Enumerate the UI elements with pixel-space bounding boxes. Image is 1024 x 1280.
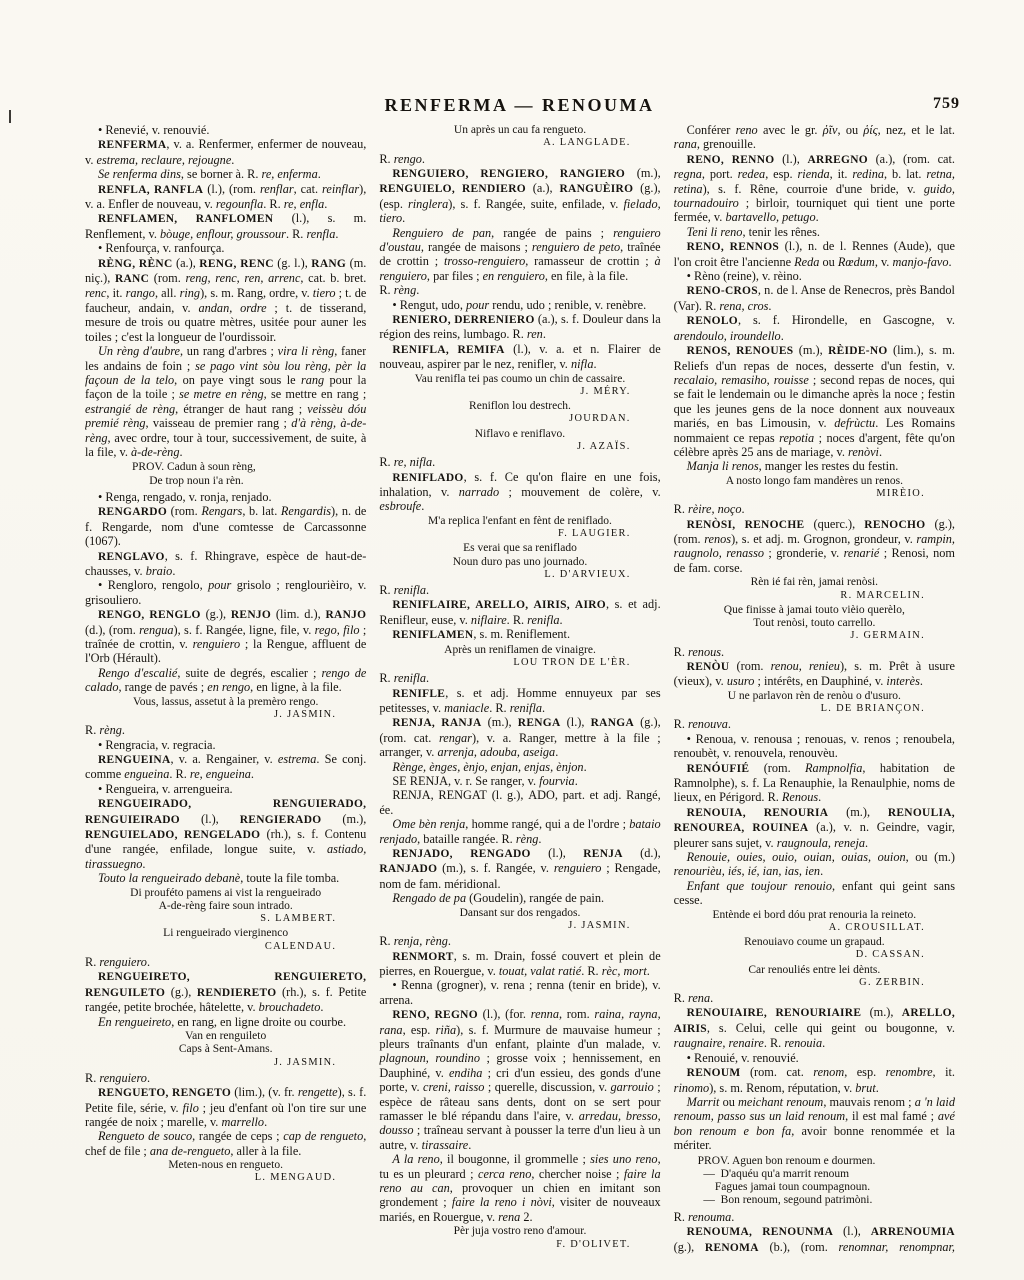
verse-paragraph: Renouiavo coume un grapaud. xyxy=(674,936,955,949)
noind-paragraph: R. rena. xyxy=(674,991,955,1005)
noind-paragraph: R. rèire, noço. xyxy=(674,502,955,516)
body-paragraph: Marrit ou meichant renoum, mauvais renom… xyxy=(674,1095,955,1153)
xref-paragraph: • Renga, rengado, v. ronja, renjado. xyxy=(85,490,366,504)
verse-paragraph: Vau renifla tei pas coumo un chin de cas… xyxy=(379,373,660,386)
noind-paragraph: R. renguiero. xyxy=(85,1071,366,1085)
cite-paragraph: S. LAMBERT. xyxy=(85,913,366,925)
cite-paragraph: L. DE BRIANÇON. xyxy=(674,703,955,715)
entry-paragraph: RENÒU (rom. renou, renieu), s. m. Prêt à… xyxy=(674,659,955,689)
entry-paragraph: RENOUIAIRE, RENOURIAIRE (m.), ARELLO, AI… xyxy=(674,1005,955,1050)
noind-paragraph: R. renifla. xyxy=(379,583,660,597)
entry-paragraph: RENJA, RANJA (m.), RENGA (l.), RANGA (g.… xyxy=(379,715,660,759)
entry-paragraph: RENO, RENNO (l.), ARREGNO (a.), (rom. ca… xyxy=(674,152,955,225)
entry-paragraph: RENGLAVO, s. f. Rhingrave, espèce de hau… xyxy=(85,549,366,579)
entry-paragraph: RENO-CROS, n. de l. Anse de Renecros, pr… xyxy=(674,283,955,313)
verse-paragraph: Après un reniflamen de vinaigre. xyxy=(379,644,660,657)
entry-paragraph: RÈNG, RÈNC (a.), RENG, RENC (g. l.), RAN… xyxy=(85,256,366,344)
cite-paragraph: LOU TRON DE L'ÈR. xyxy=(379,657,660,669)
entry-paragraph: RENOS, RENOUES (m.), RÈIDE-NO (lim.), s.… xyxy=(674,343,955,459)
body-paragraph: Un rèng d'aubre, un rang d'arbres ; vira… xyxy=(85,344,366,459)
entry-paragraph: RENOLO, s. f. Hirondelle, en Gascogne, v… xyxy=(674,313,955,343)
verse-paragraph: Entènde ei bord dóu prat renouria la rei… xyxy=(674,909,955,922)
entry-paragraph: RENOUMA, RENOUNMA (l.), ARRENOUMIA (g.),… xyxy=(674,1224,955,1254)
entry-paragraph: RENIFLAIRE, ARELLO, AIRIS, AIRO, s. et a… xyxy=(379,597,660,627)
verse-paragraph: Li rengueirado vierginenco xyxy=(85,927,366,940)
columns: • Renevié, v. renouvié.RENFERMA, v. a. R… xyxy=(85,123,955,1254)
prov-paragraph: PROV. Aguen bon renoum e dourmen. — D'aq… xyxy=(698,1155,955,1208)
entry-paragraph: RENGO, RENGLO (g.), RENJO (lim. d.), RAN… xyxy=(85,607,366,666)
entry-paragraph: RENO, RENNOS (l.), n. de l. Rennes (Aude… xyxy=(674,239,955,269)
xref-paragraph: • Rengloro, rengolo, pour grisolo ; reng… xyxy=(85,578,366,607)
entry-paragraph: RENÓUFIÉ (rom. Rampnolfia, habitation de… xyxy=(674,761,955,805)
entry-paragraph: RENFERMA, v. a. Renfermer, enfermer de n… xyxy=(85,137,366,167)
cite-paragraph: F. LAUGIER. xyxy=(379,528,660,540)
noind-paragraph: R. renguiero. xyxy=(85,955,366,969)
entry-paragraph: RENFLA, RANFLA (l.), (rom. renflar, cat.… xyxy=(85,182,366,212)
entry-paragraph: RENÒSI, RENOCHE (querc.), RENOCHO (g.), … xyxy=(674,517,955,576)
body-paragraph: Manja li renos, manger les restes du fes… xyxy=(674,459,955,473)
body-paragraph: Teni li reno, tenir les rênes. xyxy=(674,225,955,239)
xref-paragraph: • Renevié, v. renouvié. xyxy=(85,123,366,137)
entry-paragraph: RENIFLADO, s. f. Ce qu'on flaire en une … xyxy=(379,470,660,514)
body-paragraph: Rengado de pa (Goudelin), rangée de pain… xyxy=(379,891,660,905)
scan-margin-mark xyxy=(9,110,11,123)
text-column: Un après un cau fa rengueto.A. LANGLADE.… xyxy=(379,123,660,1254)
cite-paragraph: A. CROUSILLAT. xyxy=(674,922,955,934)
verse-paragraph: Un après un cau fa rengueto. xyxy=(379,124,660,137)
entry-paragraph: RENO, REGNO (l.), (for. renna, rom. rain… xyxy=(379,1007,660,1152)
cite-paragraph: J. JASMIN. xyxy=(85,709,366,721)
body-paragraph: En rengueireto, en rang, en ligne droite… xyxy=(85,1015,366,1029)
cite-paragraph: D. CASSAN. xyxy=(674,949,955,961)
page-number: 759 xyxy=(933,95,960,113)
body-paragraph: SE RENJA, v. r. Se ranger, v. fourvia. xyxy=(379,774,660,788)
cite-paragraph: MIRÈIO. xyxy=(674,488,955,500)
noind-paragraph: R. re, nifla. xyxy=(379,455,660,469)
xref-paragraph: • Rengracia, v. regracia. xyxy=(85,738,366,752)
noind-paragraph: R. rèng. xyxy=(379,283,660,297)
entry-paragraph: RENOUM (rom. cat. renom, esp. renombre, … xyxy=(674,1065,955,1095)
cite-paragraph: CALENDAU. xyxy=(85,941,366,953)
cite-paragraph: J. AZAÏS. xyxy=(379,441,660,453)
noind-paragraph: R. renouma. xyxy=(674,1210,955,1224)
noind-paragraph: R. rengo. xyxy=(379,152,660,166)
body-paragraph: Rengo d'escalié, suite de degrés, escali… xyxy=(85,666,366,695)
entry-paragraph: RENGUEIRETO, RENGUIERETO, RENGUILETO (g.… xyxy=(85,969,366,1014)
noind-paragraph: R. renous. xyxy=(674,645,955,659)
verse-paragraph: Car renouliés entre lei dènts. xyxy=(674,964,955,977)
verse-paragraph: Niflavo e reniflavo. xyxy=(379,428,660,441)
verse-paragraph: A nosto longo fam mandères un renos. xyxy=(674,475,955,488)
entry-paragraph: RENIERO, DERRENIERO (a.), s. f. Douleur … xyxy=(379,312,660,342)
body-paragraph: Rènge, ènges, ènjo, enjan, enjas, ènjon. xyxy=(379,760,660,774)
body-paragraph: Enfant que toujour renouio, enfant qui g… xyxy=(674,879,955,908)
body-paragraph: Renguiero de pan, rangée de pains ; reng… xyxy=(379,226,660,284)
xref-paragraph: • Rèno (reine), v. rèino. xyxy=(674,269,955,283)
xref-paragraph: • Renouié, v. renouvié. xyxy=(674,1051,955,1065)
verse-paragraph: Dansant sur dos rengados. xyxy=(379,907,660,920)
verse-paragraph: Reniflon lou destrech. xyxy=(379,400,660,413)
entry-paragraph: RENIFLE, s. et adj. Homme ennuyeux par s… xyxy=(379,686,660,716)
body-paragraph: Conférer reno avec le gr. ῥῖν, ou ῥίς, n… xyxy=(674,123,955,152)
xref-paragraph: • Renoua, v. renousa ; renouas, v. renos… xyxy=(674,732,955,761)
cite-paragraph: G. ZERBIN. xyxy=(674,977,955,989)
entry-paragraph: RENJADO, RENGADO (l.), RENJA (d.), RANJA… xyxy=(379,846,660,891)
entry-paragraph: RENGUEINA, v. a. Rengainer, v. estrema. … xyxy=(85,752,366,782)
cite-paragraph: F. D'OLIVET. xyxy=(379,1239,660,1251)
cite-paragraph: J. JASMIN. xyxy=(85,1057,366,1069)
verse-paragraph: M'a replica l'enfant en fènt de reniflad… xyxy=(379,515,660,528)
verse-paragraph: Di prouféto pamens ai vist la rengueirad… xyxy=(85,887,366,914)
verse-paragraph: Van en renguiletoCaps à Sent-Amans. xyxy=(85,1030,366,1057)
cite-paragraph: L. D'ARVIEUX. xyxy=(379,569,660,581)
body-paragraph: RENJA, RENGAT (l. g.), ADO, part. et adj… xyxy=(379,788,660,817)
body-paragraph: Ome bèn renja, homme rangé, qui a de l'o… xyxy=(379,817,660,846)
entry-paragraph: RENIFLAMEN, s. m. Reniflement. xyxy=(379,627,660,642)
entry-paragraph: RENIFLA, REMIFA (l.), v. a. et n. Flaire… xyxy=(379,342,660,372)
text-column: • Renevié, v. renouvié.RENFERMA, v. a. R… xyxy=(85,123,366,1254)
xref-paragraph: • Rengut, udo, pour rendu, udo ; renible… xyxy=(379,298,660,312)
entry-paragraph: RENMORT, s. m. Drain, fossé couvert et p… xyxy=(379,949,660,979)
noind-paragraph: R. renouva. xyxy=(674,717,955,731)
noind-paragraph: R. renja, rèng. xyxy=(379,934,660,948)
entry-paragraph: RENGARDO (rom. Rengars, b. lat. Rengardi… xyxy=(85,504,366,548)
verse-paragraph: Rèn ié fai rèn, jamai renòsi. xyxy=(674,576,955,589)
dictionary-page: RENFERMA — RENOUMA 759 • Renevié, v. ren… xyxy=(0,0,1024,1280)
body-paragraph: Touto la rengueirado debanè, toute la fi… xyxy=(85,871,366,885)
cite-paragraph: R. MARCELIN. xyxy=(674,590,955,602)
cite-paragraph: A. LANGLADE. xyxy=(379,137,660,149)
noind-paragraph: R. renifla. xyxy=(379,671,660,685)
prov-paragraph: PROV. Cadun à soun rèng, De trop noun i'… xyxy=(109,461,366,488)
page-title: RENFERMA — RENOUMA xyxy=(85,95,954,116)
cite-paragraph: JOURDAN. xyxy=(379,413,660,425)
cite-paragraph: J. GERMAIN. xyxy=(674,630,955,642)
entry-paragraph: RENGUIERO, RENGIERO, RANGIERO (m.), RENG… xyxy=(379,166,660,226)
noind-paragraph: R. rèng. xyxy=(85,723,366,737)
xref-paragraph: • Rengueira, v. arrengueira. xyxy=(85,782,366,796)
entry-paragraph: RENGUEIRADO, RENGUIERADO, RENGUIEIRADO (… xyxy=(85,796,366,871)
verse-paragraph: Es verai que sa renifladoNoun duro pas u… xyxy=(379,542,660,569)
verse-paragraph: U ne parlavon rèn de renòu o d'usuro. xyxy=(674,690,955,703)
xref-paragraph: • Renna (grogner), v. rena ; renna (teni… xyxy=(379,978,660,1007)
entry-paragraph: RENGUETO, RENGETO (lim.), (v. fr. renget… xyxy=(85,1085,366,1129)
verse-paragraph: Pèr juja vostro reno d'amour. xyxy=(379,1225,660,1238)
body-paragraph: Renouie, ouies, ouio, ouian, ouias, ouio… xyxy=(674,850,955,879)
cite-paragraph: L. MENGAUD. xyxy=(85,1172,366,1184)
verse-paragraph: Vous, lassus, assetut à la premèro rengo… xyxy=(85,696,366,709)
verse-paragraph: Meten-nous en rengueto. xyxy=(85,1159,366,1172)
entry-paragraph: RENFLAMEN, RANFLOMEN (l.), s. m. Renflem… xyxy=(85,211,366,241)
body-paragraph: A la reno, il bougonne, il grommelle ; s… xyxy=(379,1152,660,1224)
prov-paragraph: PROV. ROUERG. Que fa la reno al ca, Se l… xyxy=(403,1253,660,1254)
xref-paragraph: • Renfourça, v. ranfourça. xyxy=(85,241,366,255)
cite-paragraph: J. JASMIN. xyxy=(379,920,660,932)
text-column: Conférer reno avec le gr. ῥῖν, ou ῥίς, n… xyxy=(674,123,955,1254)
entry-paragraph: RENOUIA, RENOURIA (m.), RENOULIA, RENOUR… xyxy=(674,805,955,850)
verse-paragraph: Que finisse à jamai touto vièio querèlo,… xyxy=(674,604,955,631)
cite-paragraph: J. MÉRY. xyxy=(379,386,660,398)
body-paragraph: Se renferma dins, se borner à. R. re, en… xyxy=(85,167,366,181)
body-paragraph: Rengueto de souco, rangée de ceps ; cap … xyxy=(85,1129,366,1158)
